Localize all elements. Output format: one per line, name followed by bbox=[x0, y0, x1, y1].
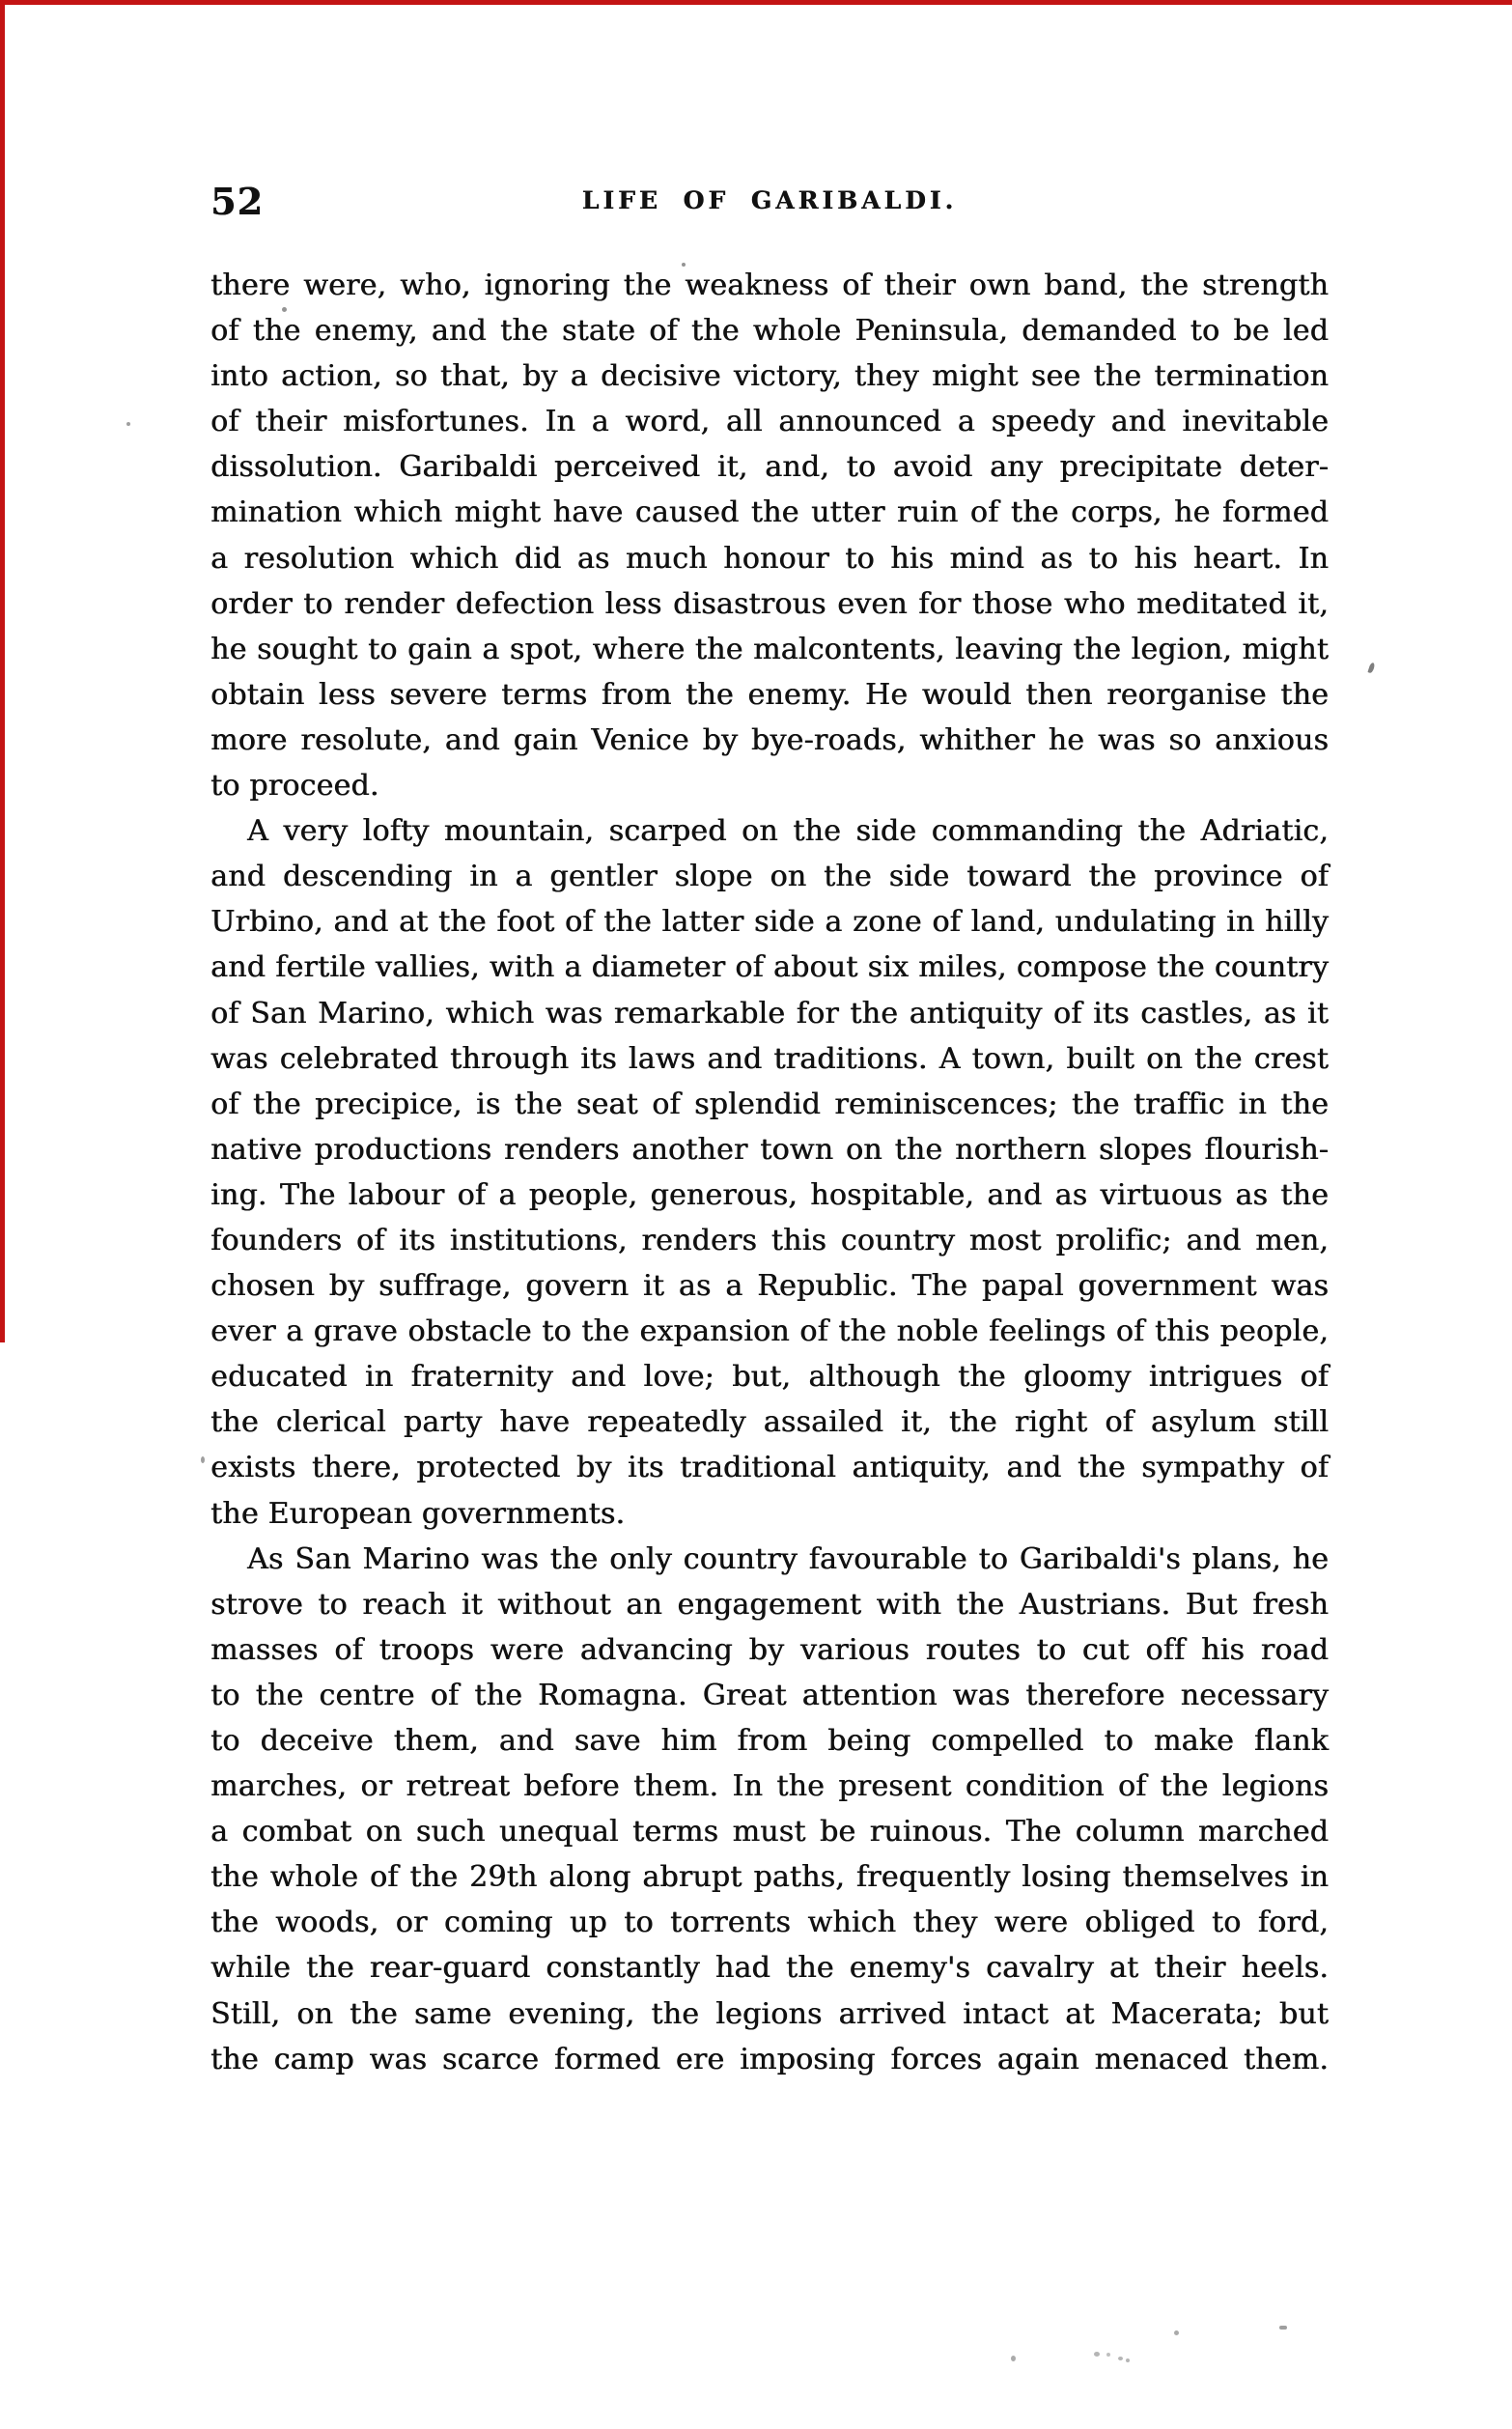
text-line: A very lofty mountain, scarped on the si… bbox=[210, 808, 1329, 854]
paragraph: A very lofty mountain, scarped on the si… bbox=[210, 808, 1329, 1537]
scan-speck bbox=[1118, 2357, 1123, 2360]
scan-speck bbox=[201, 1456, 205, 1463]
scan-speck bbox=[126, 422, 130, 426]
text-line: was celebrated through its laws and trad… bbox=[210, 1036, 1329, 1082]
text-line: the European governments. bbox=[210, 1491, 1329, 1537]
text-line: while the rear-guard constantly had the … bbox=[210, 1945, 1329, 1991]
text-line: strove to reach it without an engagement… bbox=[210, 1582, 1329, 1627]
text-line: a resolution which did as much honour to… bbox=[210, 536, 1329, 581]
text-line: order to render defection less disastrou… bbox=[210, 581, 1329, 627]
scan-speck bbox=[682, 263, 686, 267]
running-head: 52 LIFE OF GARIBALDI. bbox=[210, 180, 1329, 222]
scan-edge-top bbox=[0, 0, 1512, 5]
text-line: and descending in a gentler slope on the… bbox=[210, 854, 1329, 899]
text-line: more resolute, and gain Venice by bye-ro… bbox=[210, 718, 1329, 763]
body-text: there were, who, ignoring the weakness o… bbox=[210, 263, 1329, 2082]
scan-speck bbox=[1126, 2358, 1130, 2362]
text-line: of their misfortunes. In a word, all ann… bbox=[210, 399, 1329, 444]
text-line: As San Marino was the only country favou… bbox=[210, 1537, 1329, 1582]
text-line: dissolution. Garibaldi perceived it, and… bbox=[210, 444, 1329, 490]
text-line: and fertile vallies, with a diameter of … bbox=[210, 945, 1329, 990]
text-line: mination which might have caused the utt… bbox=[210, 490, 1329, 535]
text-line: Urbino, and at the foot of the latter si… bbox=[210, 899, 1329, 945]
text-line: of the enemy, and the state of the whole… bbox=[210, 308, 1329, 353]
text-line: chosen by suffrage, govern it as a Repub… bbox=[210, 1263, 1329, 1309]
text-line: to deceive them, and save him from being… bbox=[210, 1718, 1329, 1764]
text-line: the clerical party have repeatedly assai… bbox=[210, 1399, 1329, 1445]
scan-speck bbox=[1367, 662, 1375, 673]
text-line: he sought to gain a spot, where the malc… bbox=[210, 627, 1329, 672]
scan-speck bbox=[1094, 2352, 1100, 2357]
text-line: exists there, protected by its tradition… bbox=[210, 1445, 1329, 1490]
text-line: founders of its institutions, renders th… bbox=[210, 1218, 1329, 1263]
scan-speck bbox=[1106, 2353, 1110, 2357]
paragraph: there were, who, ignoring the weakness o… bbox=[210, 263, 1329, 808]
text-line: ever a grave obstacle to the expansion o… bbox=[210, 1309, 1329, 1354]
scan-edge-left bbox=[0, 0, 5, 1342]
text-line: marches, or retreat before them. In the … bbox=[210, 1764, 1329, 1809]
text-line: native productions renders another town … bbox=[210, 1127, 1329, 1172]
text-line: there were, who, ignoring the weakness o… bbox=[210, 263, 1329, 308]
scan-speck bbox=[1279, 2326, 1287, 2330]
text-line: to proceed. bbox=[210, 763, 1329, 808]
running-title: LIFE OF GARIBALDI. bbox=[210, 186, 1329, 214]
text-line: the woods, or coming up to torrents whic… bbox=[210, 1900, 1329, 1945]
text-line: educated in fraternity and love; but, al… bbox=[210, 1354, 1329, 1399]
scan-speck bbox=[1174, 2330, 1179, 2335]
text-line: the camp was scarce formed ere imposing … bbox=[210, 2037, 1329, 2082]
text-line: Still, on the same evening, the legions … bbox=[210, 1991, 1329, 2037]
text-line: ing. The labour of a people, generous, h… bbox=[210, 1172, 1329, 1218]
text-line: the whole of the 29th along abrupt paths… bbox=[210, 1854, 1329, 1900]
text-line: of the precipice, is the seat of splendi… bbox=[210, 1082, 1329, 1127]
book-page-scan: 52 LIFE OF GARIBALDI. there were, who, i… bbox=[0, 0, 1512, 2429]
text-line: into action, so that, by a decisive vict… bbox=[210, 353, 1329, 399]
scan-speck bbox=[1011, 2356, 1016, 2361]
text-line: to the centre of the Romagna. Great atte… bbox=[210, 1673, 1329, 1718]
paragraph: As San Marino was the only country favou… bbox=[210, 1537, 1329, 2082]
scan-speck bbox=[282, 307, 287, 312]
text-line: a combat on such unequal terms must be r… bbox=[210, 1809, 1329, 1854]
text-line: masses of troops were advancing by vario… bbox=[210, 1627, 1329, 1673]
text-line: of San Marino, which was remarkable for … bbox=[210, 991, 1329, 1036]
text-line: obtain less severe terms from the enemy.… bbox=[210, 672, 1329, 718]
